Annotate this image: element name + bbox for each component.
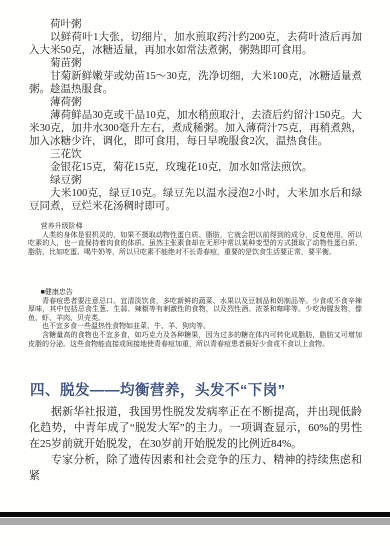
chapter-section-heading: 四、脱发——均衡营养，头发不“下岗” [30, 382, 370, 400]
recipe-title: 三花饮 [29, 148, 362, 161]
recipe-section: 荷叶粥 以鲜荷叶1大张，切细片，加水煎取药汁约200克，去荷叶渣后再加入大米50… [29, 18, 362, 213]
book-page: 荷叶粥 以鲜荷叶1大张，切细片，加水煎取药汁约200克，去荷叶渣后再加入大米50… [0, 0, 390, 546]
bottom-gray-bar [0, 518, 390, 525]
recipe-body: 甘菊新鲜嫩芽或幼苗15～30克，洗净切细，大米100克，冰糖适量煮粥。趁温热服食… [29, 70, 362, 96]
recipe-body: 大米100克，绿豆10克。绿豆先以温水浸泡2小时，大米加水后和绿豆同煮，豆烂米花… [29, 187, 362, 213]
section-paragraph: 据新华社报道，我国男性脱发发病率正在不断提高，并出现低龄化趋势，中青年成了“脱发… [29, 404, 362, 452]
health-advice-heading: ■健康忠告 [28, 288, 362, 297]
recipe-title: 绿豆粥 [29, 174, 362, 187]
nutrition-tip-paragraph: 人类的身体是很机灵的，如果不摄取动物性蛋白质、脂肪，它就会把以前得到的成分，反复… [28, 231, 362, 257]
recipe-body: 以鲜荷叶1大张，切细片，加水煎取药汁约200克，去荷叶渣后再加入大米50克，冰糖… [29, 31, 362, 57]
recipe-title: 荷叶粥 [29, 18, 362, 31]
health-advice-paragraph: 青春痘患者要注意忌口。宜清淡饮食，多吃新鲜的蔬菜、水果以及豆制品和奶制品等。少食… [28, 297, 362, 323]
health-advice-paragraph: 含糖量高的食物也不宜多食，如巧克力及各种糖果，因为过多的糖在体内可转化成脂肪，脂… [28, 331, 362, 348]
section-paragraph: 专家分析，除了遗传因素和社会竞争的压力、精神的持续焦虑和紧 [29, 452, 362, 484]
recipe-body: 薄荷鲜品30克或干品10克，加水稍煎取汁，去渣后约留汁150克。大米30克，加井… [29, 109, 362, 148]
chapter-section-body: 据新华社报道，我国男性脱发发病率正在不断提高，并出现低龄化趋势，中青年成了“脱发… [29, 404, 362, 484]
recipe-title: 薄荷粥 [29, 96, 362, 109]
bottom-black-bar [0, 512, 390, 517]
recipe-body: 金银花15克，菊花15克，玫瑰花10克，加水如常法煎饮。 [29, 161, 362, 174]
health-advice-paragraph: 也不宜多食一些温热性食物如韭菜、牛、羊、狗肉等。 [28, 322, 362, 331]
nutrition-tip-heading: 营养升级阶梯 [28, 222, 362, 231]
health-advice-block: ■健康忠告 青春痘患者要注意忌口。宜清淡饮食，多吃新鲜的蔬菜、水果以及豆制品和奶… [28, 288, 362, 348]
nutrition-tip-block: 营养升级阶梯 人类的身体是很机灵的，如果不摄取动物性蛋白质、脂肪，它就会把以前得… [28, 222, 362, 256]
recipe-title: 菊苗粥 [29, 57, 362, 70]
